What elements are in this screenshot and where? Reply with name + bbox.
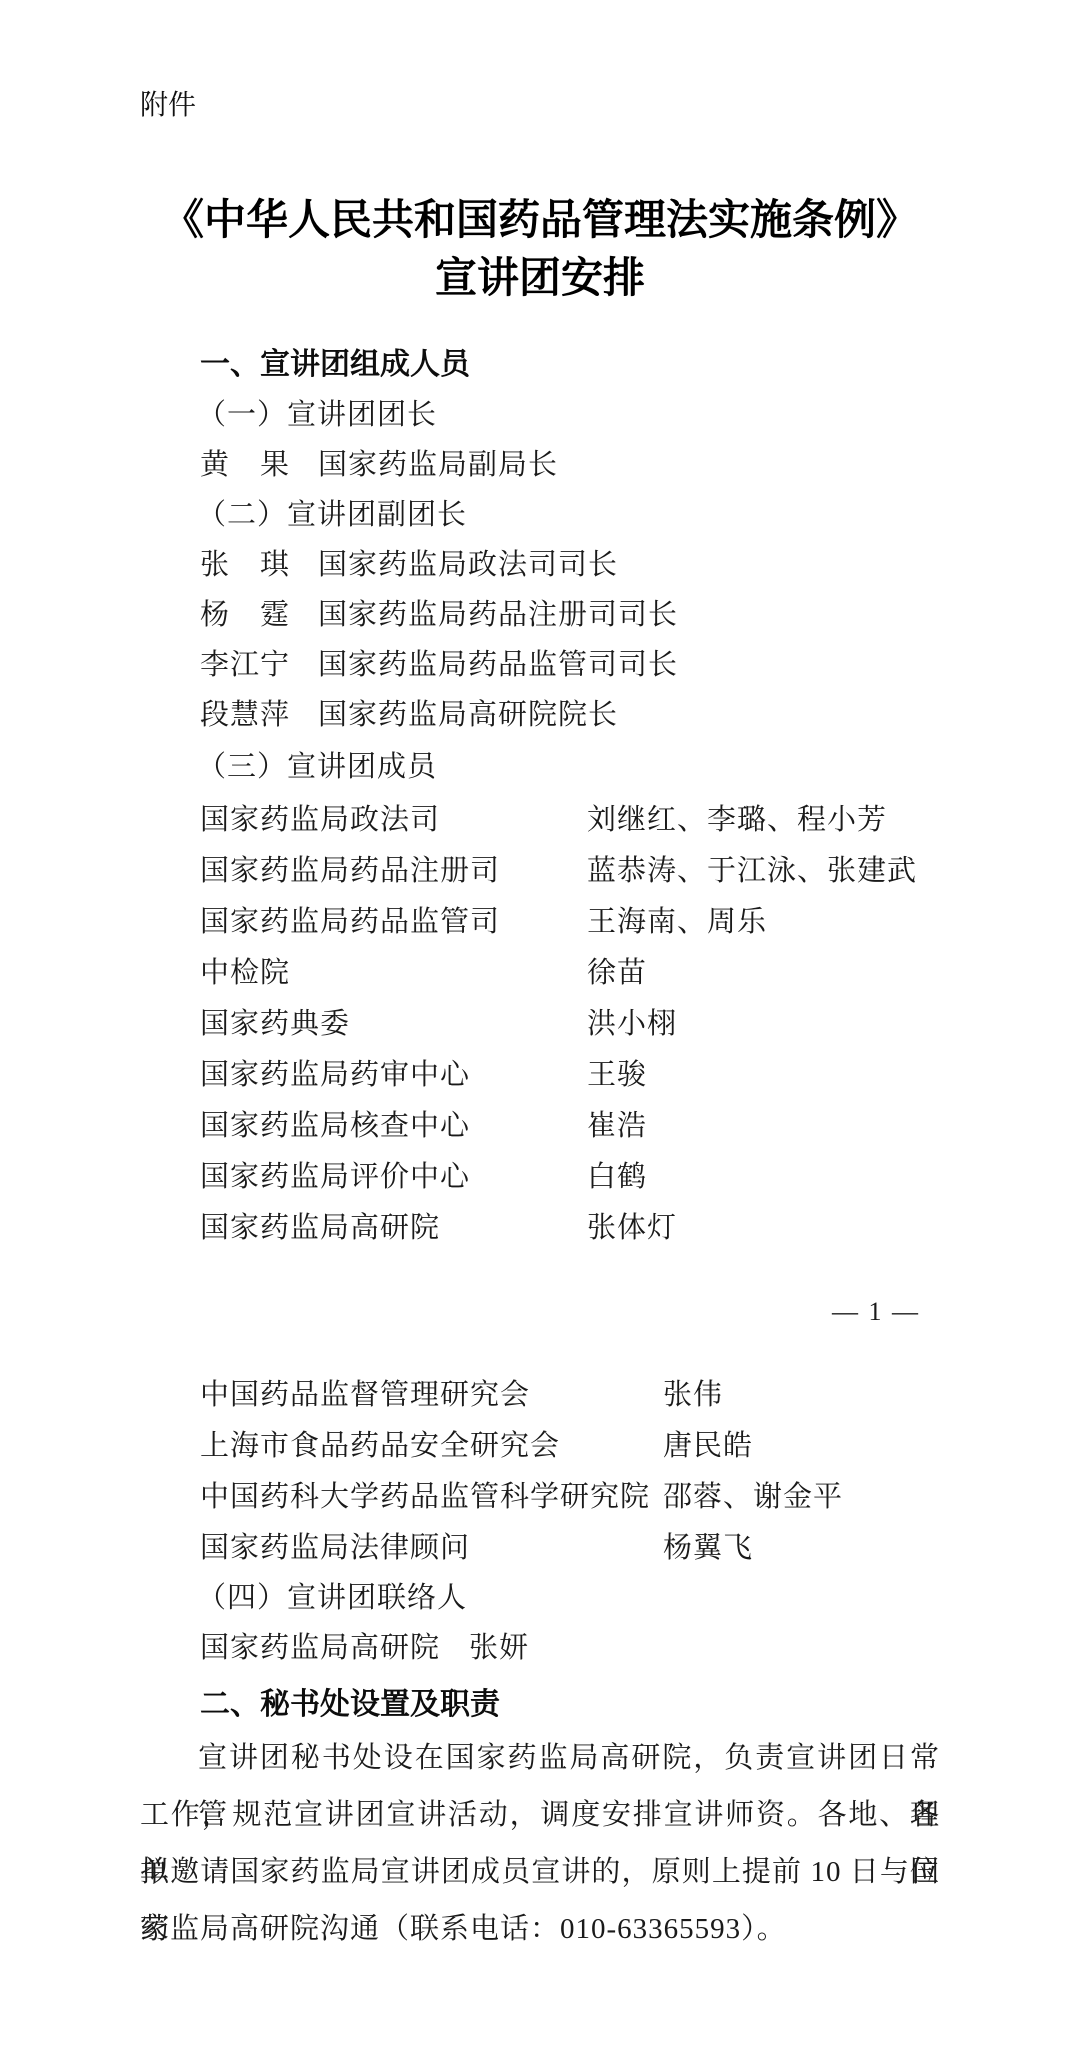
liaison-org: 国家药监局高研院 bbox=[200, 1632, 440, 1664]
member-names: 蓝恭涛、于江泳、张建武 bbox=[587, 855, 917, 887]
member-names: 徐苗 bbox=[587, 957, 647, 989]
deputy-title: 国家药监局药品监管司司长 bbox=[318, 649, 678, 681]
deputy-row: 李江宁国家药监局药品监管司司长 bbox=[140, 648, 1000, 682]
deputy-row: 杨 霆国家药监局药品注册司司长 bbox=[140, 598, 1000, 632]
member-row: 中国药科大学药品监管科学研究院邵蓉、谢金平 bbox=[140, 1480, 1000, 1514]
member-org: 国家药监局政法司 bbox=[200, 803, 587, 837]
page-number: — 1 — bbox=[832, 1297, 920, 1327]
member-org: 国家药监局药品监管司 bbox=[200, 905, 587, 939]
deputy-title: 国家药监局政法司司长 bbox=[318, 549, 618, 581]
section-2-heading: 二、秘书处设置及职责 bbox=[140, 1688, 1000, 1722]
deputy-row: 段慧萍国家药监局高研院院长 bbox=[140, 698, 1000, 732]
deputy-name: 李江宁 bbox=[200, 648, 290, 682]
member-names: 洪小栩 bbox=[587, 1008, 677, 1040]
member-row: 国家药监局政法司刘继红、李璐、程小芳 bbox=[140, 803, 1000, 837]
member-row: 中国药品监督管理研究会张伟 bbox=[140, 1378, 1000, 1412]
deputy-title: 国家药监局高研院院长 bbox=[318, 699, 618, 731]
member-org: 国家药监局高研院 bbox=[200, 1211, 587, 1245]
member-names: 王骏 bbox=[587, 1059, 647, 1091]
member-names: 崔浩 bbox=[587, 1110, 647, 1142]
member-org: 国家药监局药审中心 bbox=[200, 1058, 587, 1092]
deputy-title: 国家药监局药品注册司司长 bbox=[318, 599, 678, 631]
member-names: 白鹤 bbox=[587, 1161, 647, 1193]
deputy-name: 段慧萍 bbox=[200, 698, 290, 732]
document-title: 《中华人民共和国药品管理法实施条例》 宣讲团安排 bbox=[140, 192, 940, 308]
document-title-line1: 《中华人民共和国药品管理法实施条例》 bbox=[140, 192, 940, 250]
member-org: 中检院 bbox=[200, 956, 587, 990]
member-names: 刘继红、李璐、程小芳 bbox=[587, 804, 887, 836]
subsection-liaison-heading: （四）宣讲团联络人 bbox=[140, 1581, 997, 1615]
subsection-leader-heading: （一）宣讲团团长 bbox=[140, 398, 997, 432]
member-row: 国家药监局高研院张体灯 bbox=[140, 1211, 1000, 1245]
deputy-name: 杨 霆 bbox=[200, 598, 290, 632]
member-org: 国家药监局法律顾问 bbox=[200, 1531, 663, 1565]
leader-row: 黄 果国家药监局副局长 bbox=[140, 448, 1000, 482]
member-org: 国家药监局药品注册司 bbox=[200, 854, 587, 888]
leader-name: 黄 果 bbox=[200, 448, 290, 482]
liaison-name: 张妍 bbox=[469, 1632, 529, 1664]
member-row: 国家药监局评价中心白鹤 bbox=[140, 1160, 1000, 1194]
member-row: 上海市食品药品安全研究会唐民皓 bbox=[140, 1429, 1000, 1463]
paragraph-line: 工作，规范宣讲团宣讲活动，调度安排宣讲师资。各地、各单位 bbox=[140, 1787, 940, 1844]
document-title-line2: 宣讲团安排 bbox=[140, 250, 940, 308]
subsection-deputy-heading: （二）宣讲团副团长 bbox=[140, 498, 997, 532]
member-org: 中国药科大学药品监管科学研究院 bbox=[200, 1480, 663, 1514]
member-names: 唐民皓 bbox=[663, 1430, 753, 1462]
member-row: 国家药监局药审中心王骏 bbox=[140, 1058, 1000, 1092]
member-row: 中检院徐苗 bbox=[140, 956, 1000, 990]
section-1-heading: 一、宣讲团组成人员 bbox=[140, 348, 1000, 382]
member-names: 张伟 bbox=[663, 1379, 723, 1411]
paragraph-line: 药监局高研院沟通（联系电话：010-63365593）。 bbox=[140, 1901, 940, 1958]
member-row: 国家药监局法律顾问杨翼飞 bbox=[140, 1531, 1000, 1565]
member-names: 邵蓉、谢金平 bbox=[663, 1481, 843, 1513]
member-names: 张体灯 bbox=[587, 1212, 677, 1244]
paragraph-line: 宣讲团秘书处设在国家药监局高研院，负责宣讲团日常管理 bbox=[140, 1730, 940, 1787]
liaison-row: 国家药监局高研院张妍 bbox=[140, 1631, 1000, 1665]
attachment-label: 附件 bbox=[140, 88, 940, 122]
member-row: 国家药监局核查中心崔浩 bbox=[140, 1109, 1000, 1143]
member-org: 国家药监局核查中心 bbox=[200, 1109, 587, 1143]
member-org: 国家药监局评价中心 bbox=[200, 1160, 587, 1194]
paragraph-line: 拟邀请国家药监局宣讲团成员宣讲的，原则上提前 10 日与国家 bbox=[140, 1844, 940, 1901]
secretariat-paragraph: 宣讲团秘书处设在国家药监局高研院，负责宣讲团日常管理 工作，规范宣讲团宣讲活动，… bbox=[140, 1730, 940, 1958]
document-page: 附件 《中华人民共和国药品管理法实施条例》 宣讲团安排 一、宣讲团组成人员 （一… bbox=[0, 0, 1080, 2070]
member-org: 上海市食品药品安全研究会 bbox=[200, 1429, 663, 1463]
member-org: 国家药典委 bbox=[200, 1007, 587, 1041]
member-names: 王海南、周乐 bbox=[587, 906, 767, 938]
deputy-name: 张 琪 bbox=[200, 548, 290, 582]
subsection-member-heading: （三）宣讲团成员 bbox=[140, 750, 997, 784]
deputy-row: 张 琪国家药监局政法司司长 bbox=[140, 548, 1000, 582]
member-org: 中国药品监督管理研究会 bbox=[200, 1378, 663, 1412]
member-names: 杨翼飞 bbox=[663, 1532, 753, 1564]
member-row: 国家药典委洪小栩 bbox=[140, 1007, 1000, 1041]
member-row: 国家药监局药品注册司蓝恭涛、于江泳、张建武 bbox=[140, 854, 1000, 888]
leader-title: 国家药监局副局长 bbox=[318, 449, 558, 481]
member-row: 国家药监局药品监管司王海南、周乐 bbox=[140, 905, 1000, 939]
